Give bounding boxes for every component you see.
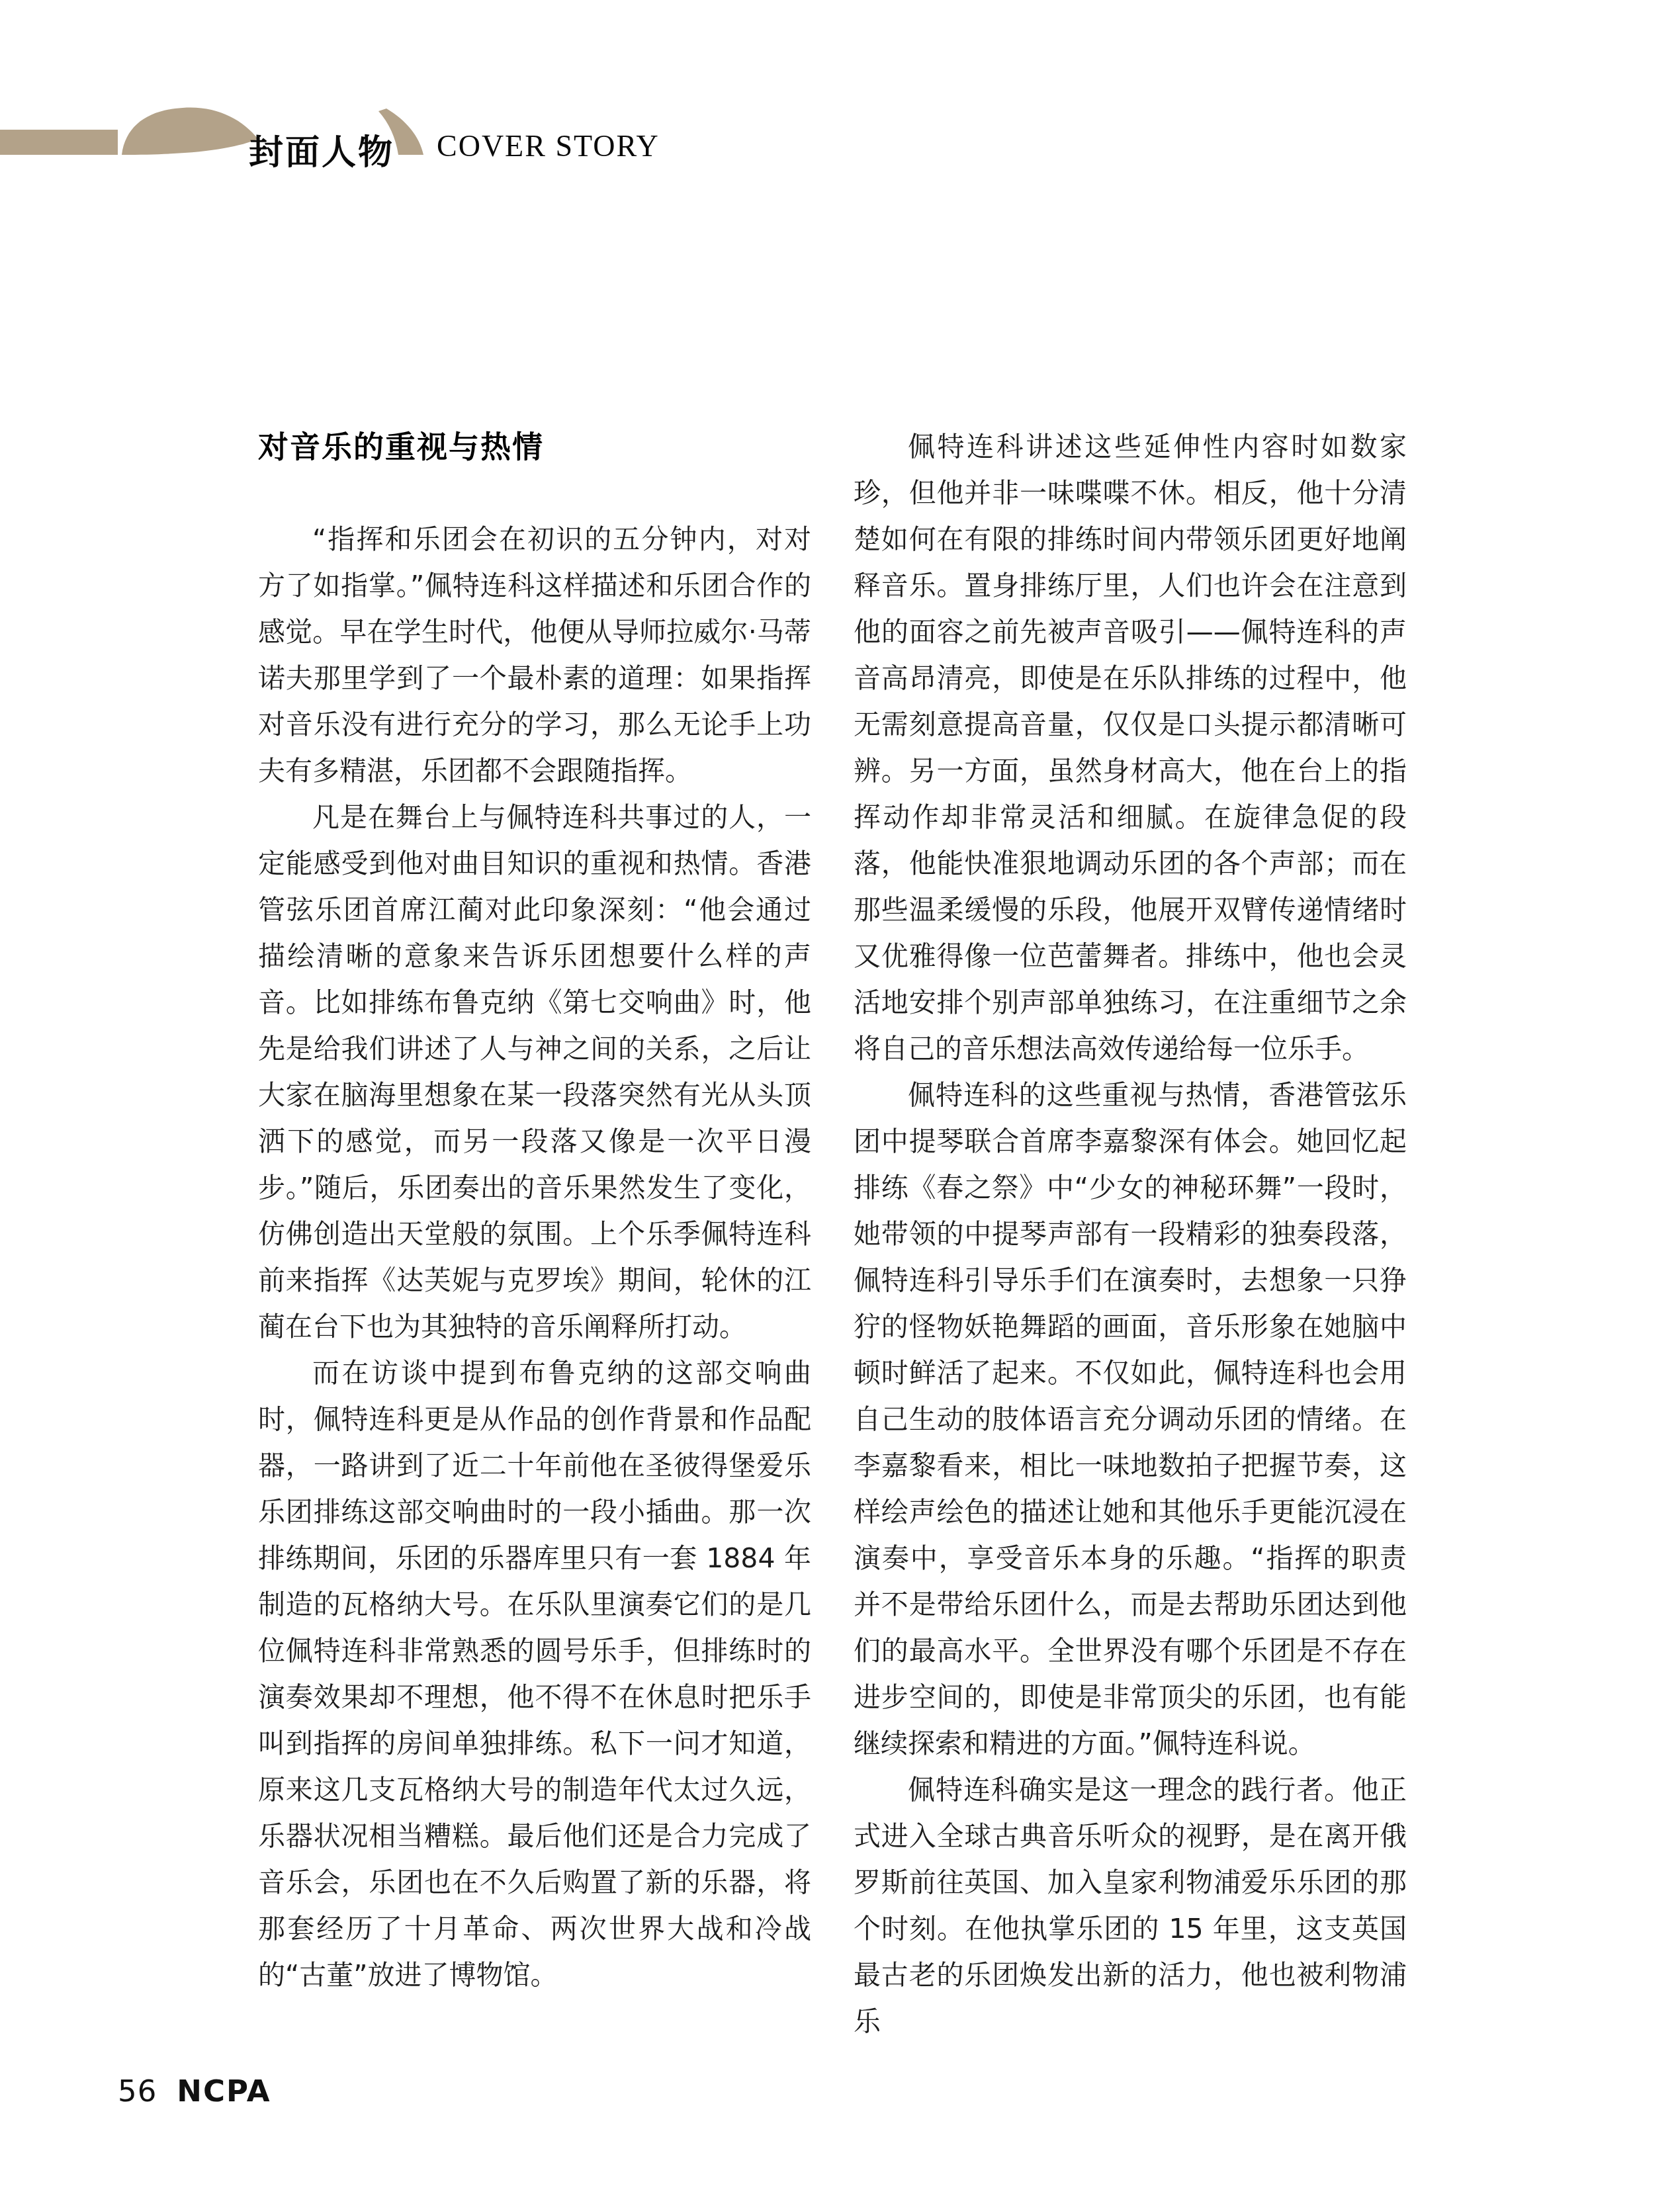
leaf-icon bbox=[122, 108, 258, 155]
magazine-page: 封面人物 COVER STORY 对音乐的重视与热情 “指挥和乐团会在初识的五分… bbox=[0, 0, 1680, 2188]
article-right-column: 佩特连科讲述这些延伸性内容时如数家珍，但他并非一味喋喋不休。相反，他十分清楚如何… bbox=[854, 423, 1407, 2044]
paragraph: 凡是在舞台上与佩特连科共事过的人，一定能感受到他对曲目知识的重视和热情。香港管弦… bbox=[258, 794, 811, 1350]
article-left-column: 对音乐的重视与热情 “指挥和乐团会在初识的五分钟内，对对方了如指掌。”佩特连科这… bbox=[258, 423, 811, 1998]
paragraph: “指挥和乐团会在初识的五分钟内，对对方了如指掌。”佩特连科这样描述和乐团合作的感… bbox=[258, 516, 811, 794]
article-heading: 对音乐的重视与热情 bbox=[258, 423, 811, 470]
masthead-bar bbox=[0, 130, 118, 155]
page-number: 56 bbox=[118, 2074, 157, 2109]
magazine-brand: NCPA bbox=[177, 2074, 271, 2109]
paragraph: 而在访谈中提到布鲁克纳的这部交响曲时，佩特连科更是从作品的创作背景和作品配器，一… bbox=[258, 1350, 811, 1998]
paragraph: 佩特连科讲述这些延伸性内容时如数家珍，但他并非一味喋喋不休。相反，他十分清楚如何… bbox=[854, 423, 1407, 1072]
section-title-zh: 封面人物 bbox=[249, 124, 394, 174]
paragraph: 佩特连科确实是这一理念的践行者。他正式进入全球古典音乐听众的视野，是在离开俄罗斯… bbox=[854, 1767, 1407, 2044]
page-footer: 56NCPA bbox=[118, 2074, 271, 2109]
section-title-en: COVER STORY bbox=[437, 128, 660, 163]
paragraph: 佩特连科的这些重视与热情，香港管弦乐团中提琴联合首席李嘉黎深有体会。她回忆起排练… bbox=[854, 1072, 1407, 1767]
